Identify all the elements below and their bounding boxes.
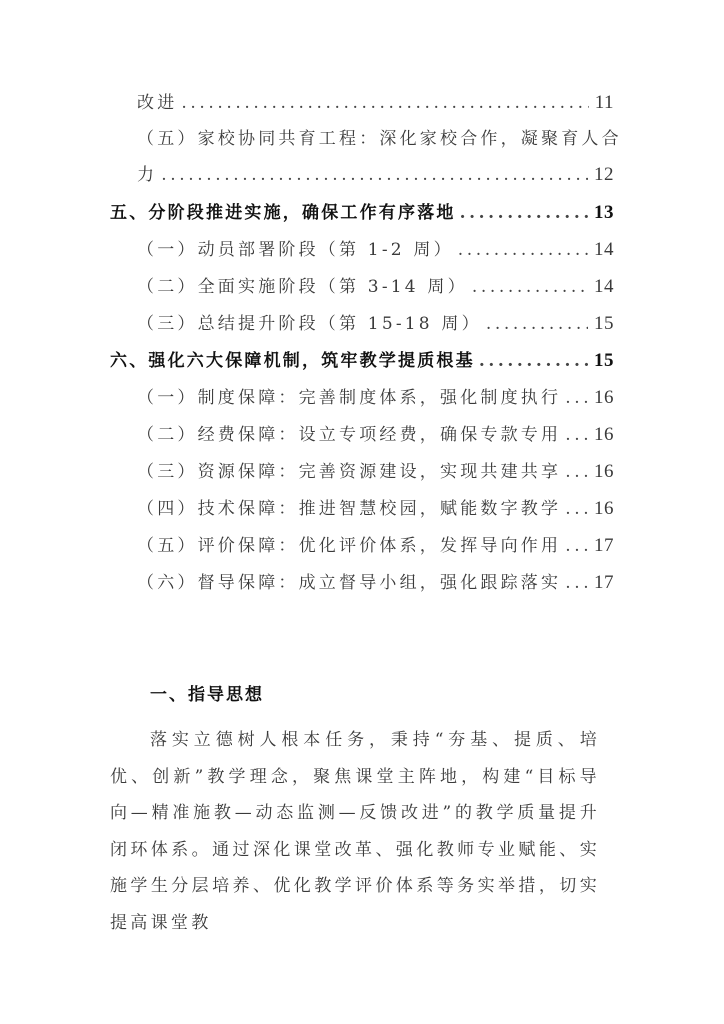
toc-entry[interactable]: （三）总结提升阶段（第 15-18 周） 15 (137, 309, 614, 339)
toc-page-number: 16 (594, 494, 614, 524)
toc-entry-title: 五、分阶段推进实施，确保工作有序落地 (110, 198, 456, 228)
toc-entry[interactable]: （六）督导保障：成立督导小组，强化跟踪落实 17 (137, 568, 614, 598)
document-page: 改进 11 （五）家校协同共育工程：深化家校合作，凝聚育人合 力 12 五、分阶… (0, 0, 724, 1024)
toc-leader-dots (565, 420, 588, 450)
toc-page-number: 12 (594, 160, 614, 190)
toc-page-number: 14 (594, 272, 614, 302)
toc-entry-wrapped-line[interactable]: （五）家校协同共育工程：深化家校合作，凝聚育人合 (137, 124, 614, 154)
toc-entry[interactable]: 改进 11 (137, 88, 614, 118)
toc-leader-dots (460, 198, 588, 228)
body-paragraph: 落实立德树人根本任务，秉持“夯基、提质、培优、创新”教学理念，聚焦课堂主阵地，构… (110, 722, 600, 941)
toc-leader-dots (181, 88, 588, 118)
toc-entry[interactable]: （四）技术保障：推进智慧校园，赋能数字教学 16 (137, 494, 614, 524)
toc-page-number: 16 (594, 383, 614, 413)
toc-page-number: 16 (594, 457, 614, 487)
toc-entry-major[interactable]: 六、强化六大保障机制，筑牢教学提质根基 15 (110, 346, 614, 376)
toc-entry-title: （五）评价保障：优化评价体系，发挥导向作用 (137, 531, 561, 561)
toc-entry-title: （二）经费保障：设立专项经费，确保专款专用 (137, 420, 561, 450)
toc-entry-title: （一）制度保障：完善制度体系，强化制度执行 (137, 383, 561, 413)
toc-leader-dots (565, 531, 588, 561)
toc-leader-dots (161, 160, 588, 190)
toc-entry-title: （一）动员部署阶段（第 1-2 周） (137, 235, 454, 265)
toc-page-number: 17 (594, 531, 614, 561)
toc-entry-title: （二）全面实施阶段（第 3-14 周） (137, 272, 468, 302)
toc-entry-major[interactable]: 五、分阶段推进实施，确保工作有序落地 13 (110, 198, 614, 228)
toc-leader-dots (565, 494, 588, 524)
toc-leader-dots (458, 235, 588, 265)
toc-entry-title-continued: 力 (137, 160, 157, 190)
toc-entry[interactable]: （一）制度保障：完善制度体系，强化制度执行 16 (137, 383, 614, 413)
toc-entry[interactable]: （二）经费保障：设立专项经费，确保专款专用 16 (137, 420, 614, 450)
toc-entry[interactable]: （一）动员部署阶段（第 1-2 周） 14 (137, 235, 614, 265)
toc-entry-title: （三）资源保障：完善资源建设，实现共建共享 (137, 457, 561, 487)
toc-entry-title: 六、强化六大保障机制，筑牢教学提质根基 (110, 346, 475, 376)
toc-entry[interactable]: （三）资源保障：完善资源建设，实现共建共享 16 (137, 457, 614, 487)
toc-entry-title: （三）总结提升阶段（第 15-18 周） (137, 309, 482, 339)
toc-entry-title: （五）家校协同共育工程：深化家校合作，凝聚育人合 (137, 129, 622, 149)
toc-page-number: 17 (594, 568, 614, 598)
toc-entry-title: 改进 (137, 88, 177, 118)
section-heading: 一、指导思想 (150, 680, 264, 705)
toc-leader-dots (486, 309, 588, 339)
toc-page-number: 15 (594, 346, 614, 376)
toc-leader-dots (479, 346, 588, 376)
toc-entry[interactable]: （五）评价保障：优化评价体系，发挥导向作用 17 (137, 531, 614, 561)
toc-entry-title: （六）督导保障：成立督导小组，强化跟踪落实 (137, 568, 561, 598)
toc-leader-dots (472, 272, 588, 302)
toc-page-number: 15 (594, 309, 614, 339)
toc-page-number: 11 (595, 88, 614, 118)
toc-page-number: 16 (594, 420, 614, 450)
toc-page-number: 14 (594, 235, 614, 265)
toc-page-number: 13 (594, 198, 614, 228)
toc-leader-dots (565, 457, 588, 487)
toc-entry[interactable]: （二）全面实施阶段（第 3-14 周） 14 (137, 272, 614, 302)
toc-entry[interactable]: 力 12 (137, 160, 614, 190)
toc-leader-dots (565, 568, 588, 598)
toc-entry-title: （四）技术保障：推进智慧校园，赋能数字教学 (137, 494, 561, 524)
toc-leader-dots (565, 383, 588, 413)
